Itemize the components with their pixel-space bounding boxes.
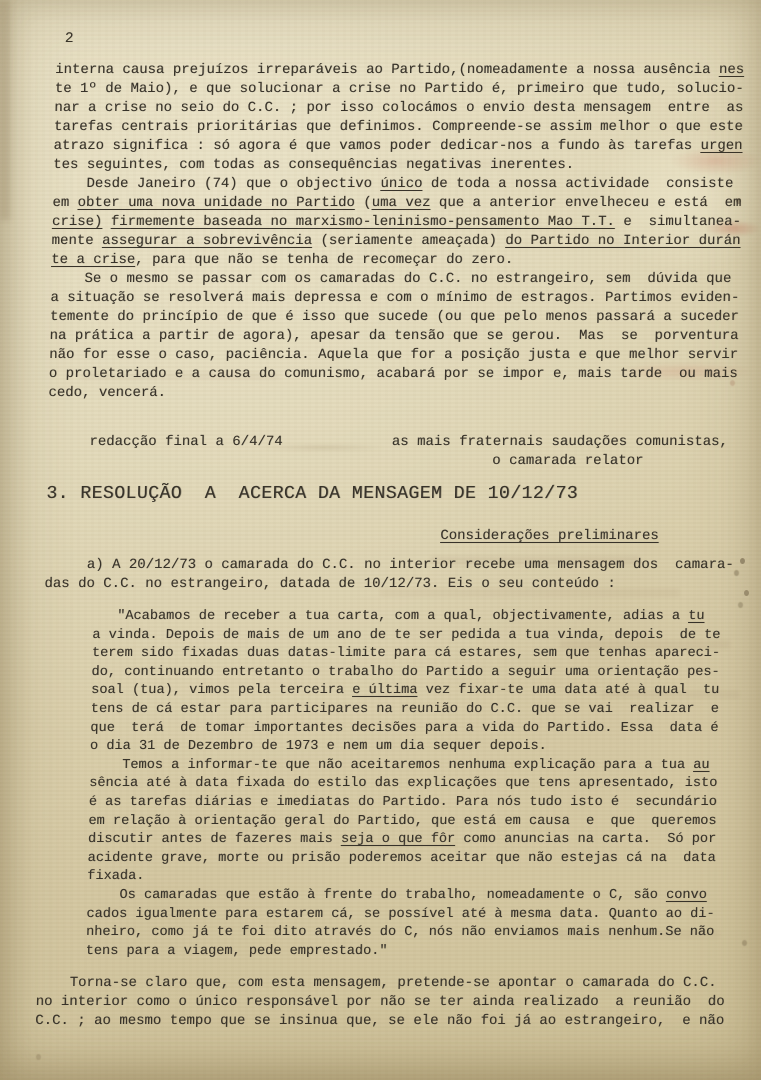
text-segment: e simultanea- [615,214,741,230]
text-segment: temente do princípio de que é isso que s… [50,309,739,325]
underlined-text: uma vez [371,195,430,211]
text-segment: acidente grave, morte ou prisão poderemo… [38,851,715,866]
text-line: Se o mesmo se passar com os camaradas do… [51,270,761,289]
text-line: tarefas centrais prioritárias que defini… [54,118,761,137]
text-line: Os camaradas que estão à frente do traba… [38,887,758,906]
scanned-document-page: 2interna causa prejuízos irreparáveis ao… [0,0,761,1080]
text-segment: 2 [65,31,74,47]
text-line: o dia 31 de Dezembro de 1973 e nem um di… [41,738,761,757]
underlined-text: crise) [52,214,103,230]
text-segment: Se o mesmo se passar com os camaradas do… [51,271,732,287]
text-line: atrazo significa : só agora é que vamos … [53,137,761,156]
text-line: C.C. ; ao mesmo tempo que se insinua que… [35,1012,755,1031]
text-segment: cedo, vencerá. [48,385,166,401]
text-segment: o camarada relator [47,453,644,469]
text-line: cedo, vencerá. [48,384,761,403]
paragraph-intro-continuation: interna causa prejuízos irreparáveis ao … [53,61,761,175]
section-heading-resolucao: 3. RESOLUÇÃO A ACERCA DA MENSAGEM DE 10/… [46,481,761,507]
text-segment: tarefas centrais prioritárias que defini… [54,119,743,135]
underlined-text: au [693,758,710,773]
text-line: terem sido fixadas duas datas-limite par… [43,645,761,664]
text-line: na prática a partir de agora), apesar da… [49,327,761,346]
text-line: é as tarefas diárias e imediatas do Part… [40,794,760,813]
underlined-text: e última [352,683,418,698]
text-line: interna causa prejuízos irreparáveis ao … [55,61,761,80]
text-segment [45,528,440,544]
text-line: mente assegurar a sobrevivência (seriame… [51,232,761,251]
underlined-text: firmemente baseada no marxismo-leninismo… [111,214,615,230]
text-segment: interna causa prejuízos irreparáveis ao … [55,62,719,78]
text-segment: não for esse o caso, paciência. Aquela q… [49,347,738,363]
text-segment: soal (tua), vimos pela terceira [42,683,352,698]
text-line: o proletariado e a causa do comunismo, a… [49,365,761,384]
text-segment: o dia 31 de Dezembro de 1973 e nem um di… [41,739,547,754]
text-line: que terá de tomar importantes decisões p… [41,720,761,739]
text-segment: te 1º de Maio), e que solucionar a crise… [55,81,744,97]
text-line: das do C.C. no estrangeiro, datada de 10… [44,575,761,594]
text-line: sência até à data fixada do estilo das e… [40,775,760,794]
text-segment: a situação se resolverá mais depressa e … [50,290,739,306]
text-line: "Acabamos de receber a tua carta, com a … [44,608,761,627]
underlined-text: Considerações preliminares [440,528,659,544]
text-segment: mente [51,233,102,249]
text-line: nar a crise no seio do C.C. ; por isso c… [54,99,761,118]
text-segment: 3. RESOLUÇÃO A ACERCA DA MENSAGEM DE 10/… [46,484,578,504]
text-segment: que a anterior envelheceu e está em [430,195,741,211]
text-segment: nheiro, como já te foi dito através do C… [37,925,714,940]
text-segment: terem sido fixadas duas datas-limite par… [43,646,720,661]
paragraph-se-o-mesmo: Se o mesmo se passar com os camaradas do… [48,270,761,403]
text-segment: redacção final a 6/4/74 as mais fraterna… [47,434,728,450]
text-segment [102,214,111,230]
paragraph-closing: Torna-se claro que, com esta mensagem, p… [35,974,756,1031]
text-line: Temos a informar-te que não aceitaremos … [40,757,760,776]
text-line: discutir antes de fazeres mais seja o qu… [39,831,759,850]
text-line: fixada. [38,868,758,887]
text-segment: discutir antes de fazeres mais [39,832,341,847]
text-segment: (seriamente ameaçada) [312,233,506,249]
quoted-message: "Acabamos de receber a tua carta, com a … [36,608,761,961]
text-line: te a crise, para que não se tenha de rec… [51,251,761,270]
subheading-consideracoes: Considerações preliminares [45,527,761,546]
text-line: a) A 20/12/73 o camarada do C.C. no inte… [45,556,761,575]
text-segment: sência até à data fixada do estilo das e… [40,776,717,791]
text-segment: , para que não se tenha de recomeçar do … [135,252,513,268]
stain-left-edge [0,0,10,220]
text-segment: tes seguintes, com todas as consequência… [53,157,574,173]
text-line: tens de cá estar para participares na re… [42,701,761,720]
text-segment: é as tarefas diárias e imediatas do Part… [40,795,717,810]
underlined-text: assegurar a sobrevivência [102,233,312,249]
underlined-text: do Partido no Interior durán [505,233,741,249]
text-segment: que terá de tomar importantes decisões p… [41,721,718,736]
text-line: acidente grave, morte ou prisão poderemo… [38,850,758,869]
text-segment: tens de cá estar para participares na re… [42,702,719,717]
underlined-text: convo [666,888,707,903]
text-segment: "Acabamos de receber a tua carta, com a … [44,609,689,624]
text-line: a situação se resolverá mais depressa e … [50,289,761,308]
text-line: do, continuando entretanto o trabalho do… [42,664,761,683]
text-line: Torna-se claro que, com esta mensagem, p… [36,974,756,993]
page-number: 2 [56,30,761,49]
text-segment: o proletariado e a causa do comunismo, a… [49,366,738,382]
text-line: não for esse o caso, paciência. Aquela q… [49,346,761,365]
text-line: em obter uma nova unidade no Partido (um… [52,194,761,213]
text-line: 2 [56,30,761,49]
text-line: o camarada relator [47,452,761,471]
text-line: cados igualmente para estarem cá, se pos… [37,906,757,925]
underlined-text: seja o que fôr [341,832,456,847]
underlined-text: obter uma nova unidade no Partido [77,195,355,211]
text-segment: ( [355,195,372,211]
text-line: temente do princípio de que é isso que s… [50,308,761,327]
text-segment: do, continuando entretanto o trabalho do… [42,665,719,680]
text-segment: Temos a informar-te que não aceitaremos … [40,758,693,773]
text-line: redacção final a 6/4/74 as mais fraterna… [47,433,761,452]
text-segment: em [52,195,78,211]
text-segment: Os camaradas que estão à frente do traba… [38,888,666,903]
text-line: tes seguintes, com todas as consequência… [53,156,761,175]
text-line: crise) firmemente baseada no marxismo-le… [52,213,761,232]
text-segment: a) A 20/12/73 o camarada do C.C. no inte… [45,557,734,573]
text-line: Considerações preliminares [45,527,761,546]
text-line: a vinda. Depois de mais de um ano de te … [43,627,761,646]
paragraph-item-a: a) A 20/12/73 o camarada do C.C. no inte… [44,556,761,594]
text-line: no interior como o único responsável por… [35,993,755,1012]
text-segment: atrazo significa : só agora é que vamos … [53,138,700,154]
underlined-text: único [380,176,422,192]
text-segment: fixada. [38,869,144,884]
page-body: 2interna causa prejuízos irreparáveis ao… [35,30,761,1031]
text-line: 3. RESOLUÇÃO A ACERCA DA MENSAGEM DE 10/… [46,481,761,507]
underlined-text: te a crise [51,252,135,268]
text-segment: nar a crise no seio do C.C. ; por isso c… [54,100,743,116]
text-segment: como anuncias na carta. Só por [455,832,716,847]
text-segment: em relação à orientação geral do Partido… [39,814,716,829]
text-line: soal (tua), vimos pela terceira e última… [42,682,761,701]
text-line: em relação à orientação geral do Partido… [39,813,759,832]
text-line: tens para a viagem, pede emprestado." [36,943,756,962]
text-segment: Torna-se claro que, com esta mensagem, p… [36,975,717,991]
underlined-text: nes [719,62,745,78]
underlined-text: tu [688,609,705,624]
text-segment: na prática a partir de agora), apesar da… [49,328,738,344]
underlined-text: urgen [700,138,742,154]
text-segment: das do C.C. no estrangeiro, datada de 10… [44,576,616,592]
text-segment: cados igualmente para estarem cá, se pos… [37,907,714,922]
text-segment: vez fixar-te uma data até à qual tu [417,683,719,698]
text-line: te 1º de Maio), e que solucionar a crise… [55,80,761,99]
text-segment: no interior como o único responsável por… [35,994,724,1010]
text-line: nheiro, como já te foi dito através do C… [37,924,757,943]
paragraph-desde-janeiro: Desde Janeiro (74) que o objectivo único… [51,175,761,270]
signature-block: redacção final a 6/4/74 as mais fraterna… [47,433,761,471]
text-segment: Desde Janeiro (74) que o objectivo [53,176,381,192]
text-segment: a vinda. Depois de mais de um ano de te … [43,628,720,643]
text-line: Desde Janeiro (74) que o objectivo único… [53,175,761,194]
text-segment: de toda a nossa actividade consiste [422,176,733,192]
text-segment: C.C. ; ao mesmo tempo que se insinua que… [35,1013,724,1029]
text-segment: tens para a viagem, pede emprestado." [37,944,388,959]
